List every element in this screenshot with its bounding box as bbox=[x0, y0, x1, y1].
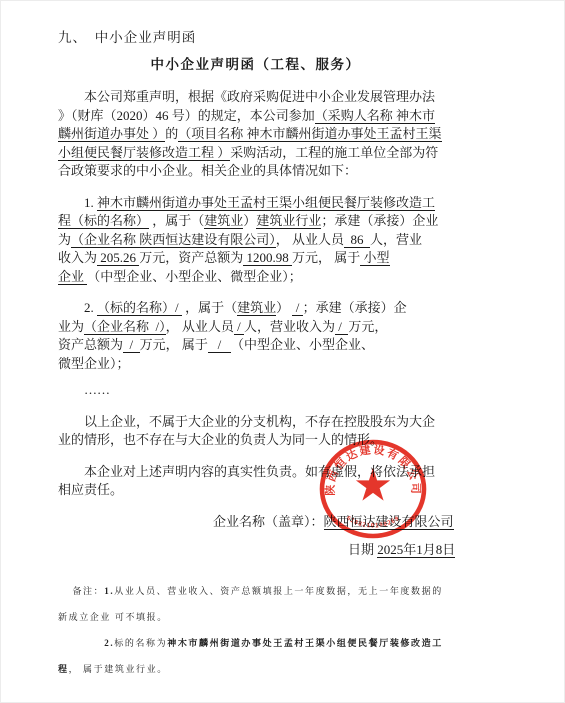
document-page: 九、 中小企业声明函 中小企业声明函（工程、服务） 本公司郑重声明，根据《政府采… bbox=[0, 0, 565, 703]
filled-blank: / bbox=[208, 337, 231, 353]
text-segment: 相应责任。 bbox=[58, 482, 123, 497]
doc-line: 程， 属于建筑业行业。 bbox=[58, 656, 453, 682]
doc-line: 为（企业名称 陕西恒达建设有限公司）， 从业人员 86 人，营业 bbox=[58, 231, 453, 250]
declaration-paragraph: 本公司郑重声明，根据《政府采购促进中小企业发展管理办法》（财库（2020）46 … bbox=[58, 88, 453, 181]
no-subsidiary-paragraph: 以上企业，不属于大企业的分支机构，不存在控股股东为大企业的情形，也不存在与大企业… bbox=[58, 413, 453, 450]
text-segment: 的 bbox=[165, 126, 178, 141]
text-segment: 从业人员、营业收入、资产总额填报上一年度数据，无上一年度数据的 bbox=[114, 586, 443, 596]
doc-line: 新成立企业 可不填报。 bbox=[58, 604, 453, 630]
text-segment: ， 从业人员 bbox=[276, 232, 344, 247]
text-segment: 采购活动，工程的施工单位全部为符 bbox=[230, 145, 438, 160]
filled-blank: （采购人名称 神木市 bbox=[315, 108, 435, 124]
filled-blank: 程（标的名称） bbox=[58, 213, 149, 229]
text-segment: 万元， bbox=[348, 319, 387, 334]
doc-line: 业的情形，也不存在与大企业的负责人为同一人的情形。 bbox=[58, 431, 453, 450]
enterprise-item-2: 2. （标的名称）/ ，属于（建筑业） / ；承建（承接）企业为（企业名称 /）… bbox=[58, 299, 453, 373]
doc-line: 资产总额为 / 万元， 属于 / （中型企业、小型企业、 bbox=[58, 336, 453, 355]
filled-blank: 神木市麟州街道办事处王孟村王渠小组便民餐厅装修改造工 bbox=[97, 195, 435, 211]
text-segment: 本公司郑重声明，根据《政府采购促进中小企业发展管理办法 bbox=[58, 89, 435, 104]
text-segment: 资产总额为 bbox=[58, 337, 123, 352]
doc-line: 本企业对上述声明内容的真实性负责。如有虚假，将依法承担 bbox=[58, 463, 453, 482]
enterprise-item-1: 1. 神木市麟州街道办事处王孟村王渠小组便民餐厅装修改造工程（标的名称） ，属于… bbox=[58, 194, 453, 287]
doc-line: 企业名称（盖章）：陕西恒达建设有限公司 bbox=[213, 513, 453, 532]
filled-blank: 建筑业 bbox=[204, 213, 243, 229]
filled-blank: 企业 bbox=[58, 269, 87, 285]
section-heading: 九、 中小企业声明函 bbox=[58, 29, 453, 47]
footnotes: 备注：1.从业人员、营业收入、资产总额填报上一年度数据，无上一年度数据的新成立企… bbox=[58, 578, 453, 682]
filled-blank: 小型 bbox=[360, 250, 389, 266]
doc-line: 以上企业，不属于大企业的分支机构，不存在控股股东为大企 bbox=[58, 413, 453, 432]
filled-blank: 86 bbox=[344, 232, 370, 248]
text-segment: 本企业对上述声明内容的真实性负责。如有虚假，将依法承担 bbox=[58, 464, 435, 479]
text-segment: 》（财库（2020）46 号）的规定，本公司参加 bbox=[58, 108, 315, 123]
text-segment: 1. bbox=[58, 195, 97, 210]
text-segment: 企业名称（盖章）： bbox=[213, 514, 324, 529]
text-segment: 为 bbox=[58, 232, 71, 247]
filled-blank: / bbox=[292, 300, 302, 316]
text-segment: …… bbox=[58, 382, 110, 397]
text-segment: 以上企业，不属于大企业的分支机构，不存在控股股东为大企 bbox=[58, 414, 435, 429]
doc-line: …… bbox=[58, 381, 453, 400]
text-segment: 万元，资产总额为 bbox=[139, 250, 243, 265]
filled-blank: （企业名称 陕西恒达建设有限公司） bbox=[71, 232, 276, 248]
text-segment: 合政策要求的中小企业。相关企业的具体情况如下： bbox=[58, 163, 357, 178]
doc-line: 》（财库（2020）46 号）的规定，本公司参加（采购人名称 神木市 bbox=[58, 107, 453, 126]
doc-line: 程（标的名称） ，属于（建筑业）建筑业行业；承建（承接）企业 bbox=[58, 212, 453, 231]
filled-blank: 205.26 bbox=[97, 250, 139, 266]
signature-company-line: 企业名称（盖章）：陕西恒达建设有限公司 bbox=[213, 513, 453, 532]
text-segment: 1. bbox=[104, 586, 114, 596]
ellipsis-line: …… bbox=[58, 381, 453, 400]
responsibility-paragraph: 本企业对上述声明内容的真实性负责。如有虚假，将依法承担相应责任。 bbox=[58, 463, 453, 500]
doc-line: 麟州街道办事处 ）的（项目名称 神木市麟州街道办事处王孟村王渠 bbox=[58, 125, 453, 144]
text-segment: （中型企业、小型企业、微型企业）； bbox=[87, 269, 302, 284]
doc-line: 合政策要求的中小企业。相关企业的具体情况如下： bbox=[58, 162, 453, 181]
doc-line: 收入为 205.26 万元，资产总额为 1200.98 万元， 属于 小型 bbox=[58, 249, 453, 268]
filled-blank: 建筑业行业 bbox=[256, 213, 321, 229]
text-segment: ，属于（ bbox=[182, 300, 237, 315]
doc-line: 本公司郑重声明，根据《政府采购促进中小企业发展管理办法 bbox=[58, 88, 453, 107]
text-segment: ；承建（承接）企 bbox=[303, 300, 407, 315]
text-segment: ；承建（承接）企业 bbox=[321, 213, 438, 228]
filled-blank: （企业名称 /） bbox=[84, 319, 166, 335]
filled-blank: 小组便民餐厅装修改造工程 ） bbox=[58, 145, 230, 161]
text-segment: 程 bbox=[58, 664, 69, 674]
filled-blank: 1200.98 bbox=[243, 250, 292, 266]
filled-blank: / bbox=[123, 337, 140, 353]
text-segment: 2. bbox=[104, 638, 114, 648]
text-segment: 微型企业）； bbox=[58, 356, 130, 371]
filled-blank: 麟州街道办事处 ） bbox=[58, 126, 165, 142]
text-segment: 业为 bbox=[58, 319, 84, 334]
doc-line: 1. 神木市麟州街道办事处王孟村王渠小组便民餐厅装修改造工 bbox=[58, 194, 453, 213]
text-segment: 业的情形，也不存在与大企业的负责人为同一人的情形。 bbox=[58, 432, 383, 447]
doc-line: 2.标的名称为神木市麟州街道办事处王孟村王渠小组便民餐厅装修改造工 bbox=[58, 630, 453, 656]
document-body: 本公司郑重声明，根据《政府采购促进中小企业发展管理办法》（财库（2020）46 … bbox=[58, 88, 453, 682]
doc-line: 相应责任。 bbox=[58, 481, 453, 500]
filled-blank: / bbox=[335, 319, 348, 335]
text-segment: ） bbox=[243, 213, 256, 228]
filled-blank: 2025年1月8日 bbox=[377, 542, 455, 558]
filled-blank: （项目名称 神木市麟州街道办事处王孟村王渠 bbox=[178, 126, 441, 142]
text-segment: 人，营业收入为 bbox=[244, 319, 335, 334]
doc-line: 2. （标的名称）/ ，属于（建筑业） / ；承建（承接）企 bbox=[58, 299, 453, 318]
filled-blank: 陕西恒达建设有限公司 bbox=[324, 514, 454, 530]
doc-line: 业为（企业名称 /）， 从业人员 / 人，营业收入为 / 万元， bbox=[58, 318, 453, 337]
filled-blank: （标的名称）/ bbox=[97, 300, 182, 316]
doc-line: 小组便民餐厅装修改造工程 ）采购活动，工程的施工单位全部为符 bbox=[58, 144, 453, 163]
text-segment: 新成立企业 可不填报。 bbox=[58, 612, 168, 622]
text-segment: 神木市麟州街道办事处王孟村王渠小组便民餐厅装修改造工 bbox=[167, 638, 443, 648]
text-segment: ，属于（ bbox=[149, 213, 204, 228]
filled-blank: / bbox=[234, 319, 244, 335]
text-segment: （中型企业、小型企业、 bbox=[231, 337, 374, 352]
document-title: 中小企业声明函（工程、服务） bbox=[58, 55, 453, 75]
filled-blank: 建筑业 bbox=[237, 300, 276, 316]
text-segment: 标的名称为 bbox=[114, 638, 167, 648]
document-content: 九、 中小企业声明函 中小企业声明函（工程、服务） 本公司郑重声明，根据《政府采… bbox=[58, 29, 453, 682]
doc-line: 备注：1.从业人员、营业收入、资产总额填报上一年度数据，无上一年度数据的 bbox=[58, 578, 453, 604]
text-segment: 收入为 bbox=[58, 250, 97, 265]
text-segment: 万元， 属于 bbox=[140, 337, 208, 352]
text-segment: 万元， 属于 bbox=[292, 250, 360, 265]
text-segment: 日期 bbox=[348, 542, 377, 557]
text-segment: 备注： bbox=[58, 586, 104, 596]
text-segment: ） bbox=[276, 300, 292, 315]
doc-line: 微型企业）； bbox=[58, 355, 453, 374]
text-segment: ， 从业人员 bbox=[166, 319, 234, 334]
text-segment: ， 属于建筑业行业。 bbox=[69, 664, 168, 674]
text-segment bbox=[58, 638, 104, 648]
doc-line: 企业 （中型企业、小型企业、微型企业）； bbox=[58, 268, 453, 287]
text-segment: 2. bbox=[58, 300, 97, 315]
text-segment: 人，营业 bbox=[370, 232, 422, 247]
doc-line: 日期 2025年1月8日 bbox=[348, 541, 453, 560]
signature-date-line: 日期 2025年1月8日 bbox=[348, 541, 453, 560]
